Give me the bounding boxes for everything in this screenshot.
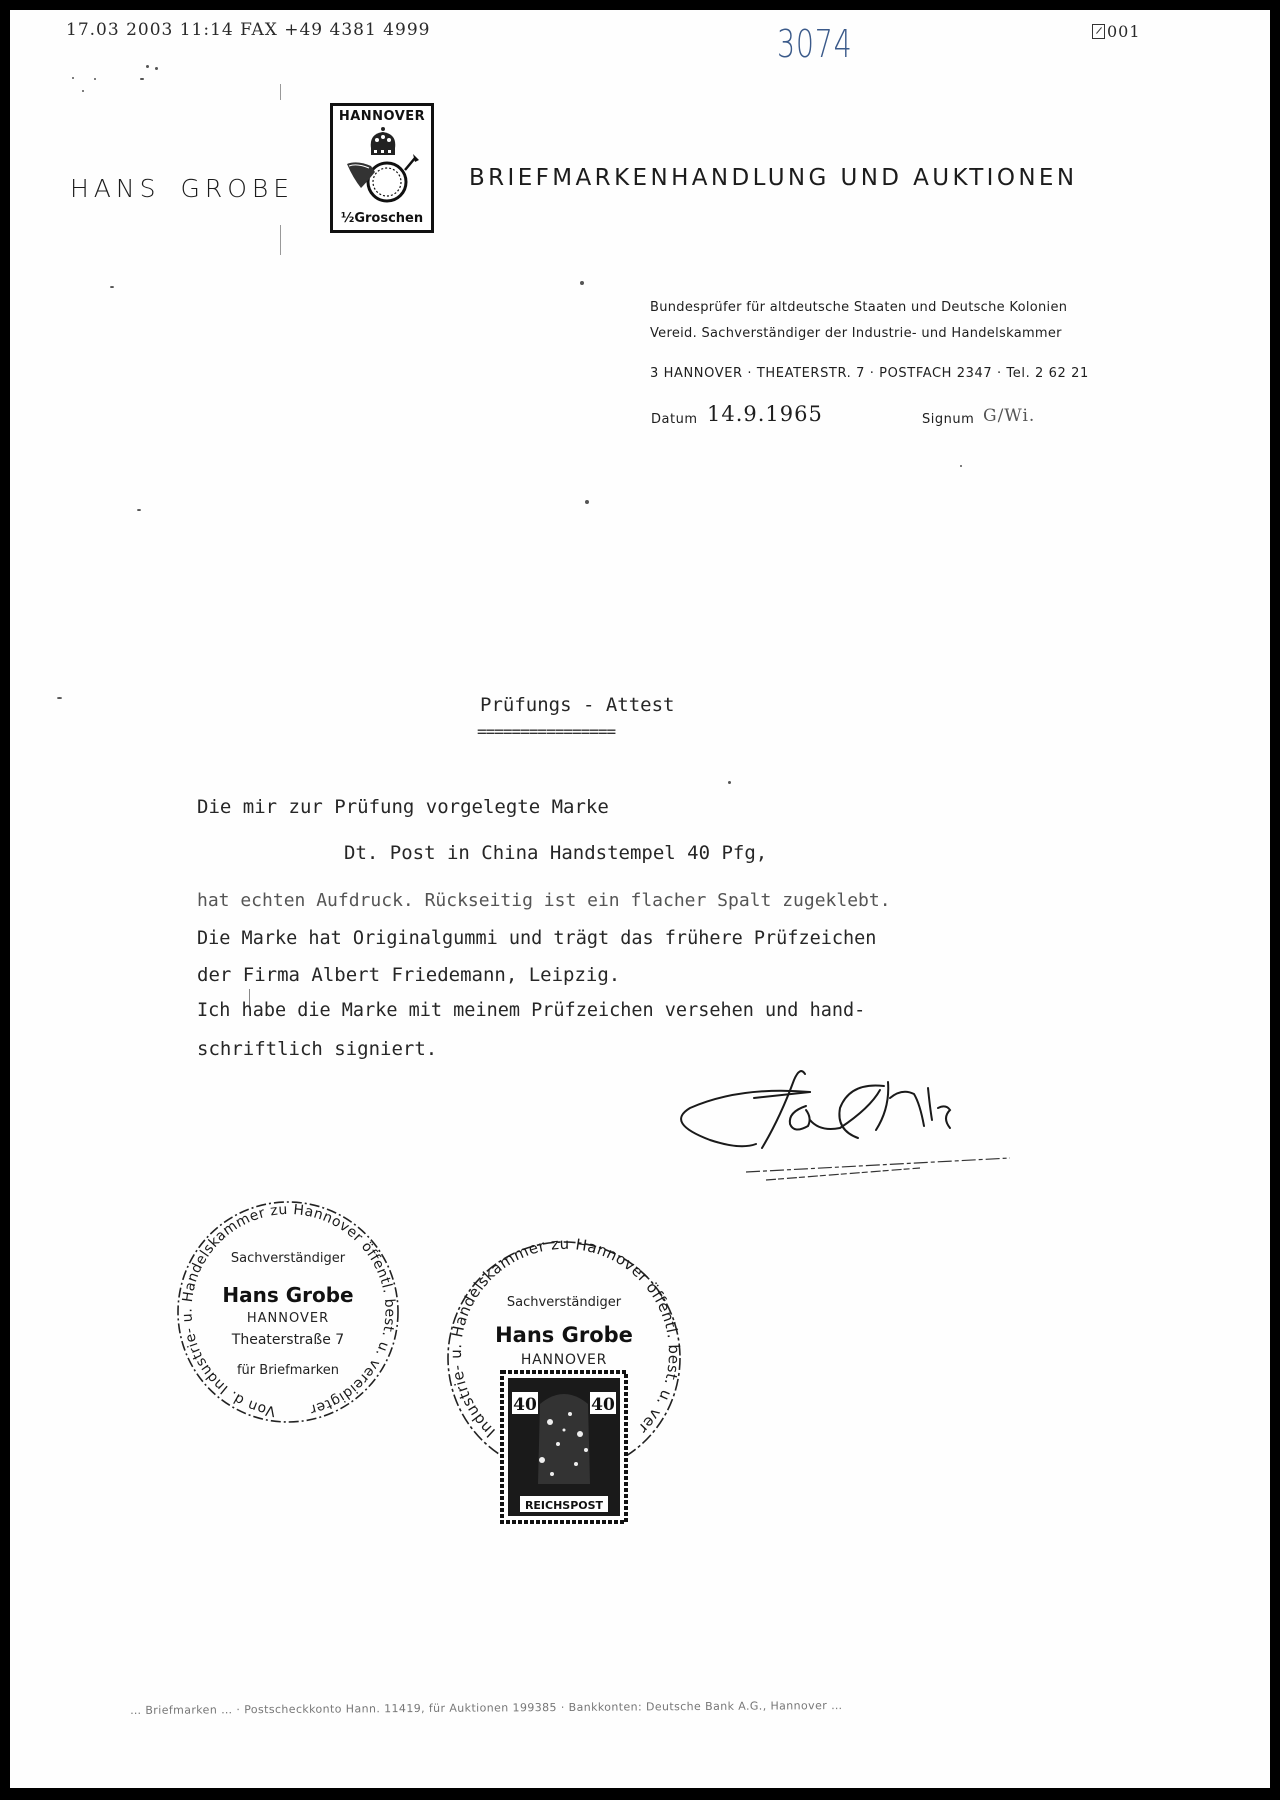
seal-city: HANNOVER [521, 1352, 607, 1368]
credential-line-2: Vereid. Sachverständiger der Industrie- … [650, 326, 1062, 341]
signum-label: Signum [922, 412, 974, 427]
stamp-value-left: 40 [513, 1395, 537, 1415]
hannover-stamp-logo: HANNOVER ½Groschen [330, 103, 434, 233]
seal-title: Sachverständiger [507, 1295, 622, 1310]
seal-city: HANNOVER [247, 1311, 329, 1326]
business-description: BRIEFMARKENHANDLUNG UND AUKTIONEN [469, 165, 1077, 191]
posthorn-crown-icon [343, 126, 423, 210]
logo-top-text: HANNOVER [333, 109, 431, 124]
company-name: HANSGROBE [70, 174, 294, 203]
credential-line-1: Bundesprüfer für altdeutsche Staaten und… [650, 300, 1067, 315]
fax-page-counter: 001 [1092, 22, 1141, 41]
seal-specialty: für Briefmarken [237, 1363, 339, 1378]
body-line: Dt. Post in China Handstempel 40 Pfg, [344, 842, 767, 864]
body-line: der Firma Albert Friedemann, Leipzig. [197, 964, 620, 986]
expert-seal-1: Von d. Industrie- u. Handelskammer zu Ha… [168, 1198, 408, 1428]
handwritten-signature [670, 1068, 1050, 1198]
fax-page-icon [1092, 24, 1105, 39]
stamp-value-right: 40 [591, 1395, 615, 1415]
fax-transmission-header: 17.03 2003 11:14 FAX +49 4381 4999 [66, 20, 430, 40]
body-line: hat echten Aufdruck. Rückseitig ist ein … [197, 890, 891, 911]
stamp-bottom-text: REICHSPOST [525, 1499, 604, 1512]
footer-bank-details: … Briefmarken … · Postscheckkonto Hann. … [130, 1699, 842, 1717]
seal-street: Theaterstraße 7 [231, 1332, 344, 1348]
body-line: Ich habe die Marke mit meinem Prüfzeiche… [197, 1000, 865, 1021]
body-line: Die Marke hat Originalgummi und trägt da… [197, 928, 876, 949]
address-line: 3 HANNOVER · THEATERSTR. 7 · POSTFACH 23… [650, 366, 1089, 381]
seal-name: Hans Grobe [495, 1323, 633, 1347]
title-underline: ================ [477, 722, 615, 741]
body-line: Die mir zur Prüfung vorgelegte Marke [197, 796, 609, 818]
date-label: Datum [651, 412, 697, 427]
document-title: Prüfungs - Attest [480, 694, 674, 716]
seal-title: Sachverständiger [231, 1251, 346, 1266]
logo-bottom-text: ½Groschen [333, 211, 431, 226]
body-line: schriftlich signiert. [197, 1038, 437, 1060]
germania-stamp-icon: 40 40 REICHSPOST [500, 1370, 628, 1524]
expert-seal-2: Industrie- u. Handelskammer zu Hannover … [430, 1234, 692, 1524]
signum-value: G/Wi. [983, 406, 1035, 426]
handwritten-lot-number: 3074 [777, 22, 853, 66]
seal-name: Hans Grobe [222, 1283, 353, 1307]
date-value: 14.9.1965 [707, 402, 823, 426]
document-page: 17.03 2003 11:14 FAX +49 4381 4999 3074 … [10, 10, 1270, 1788]
name-last: GROBE [180, 174, 294, 203]
page-counter-value: 001 [1107, 22, 1141, 41]
name-first: HANS [70, 174, 160, 203]
